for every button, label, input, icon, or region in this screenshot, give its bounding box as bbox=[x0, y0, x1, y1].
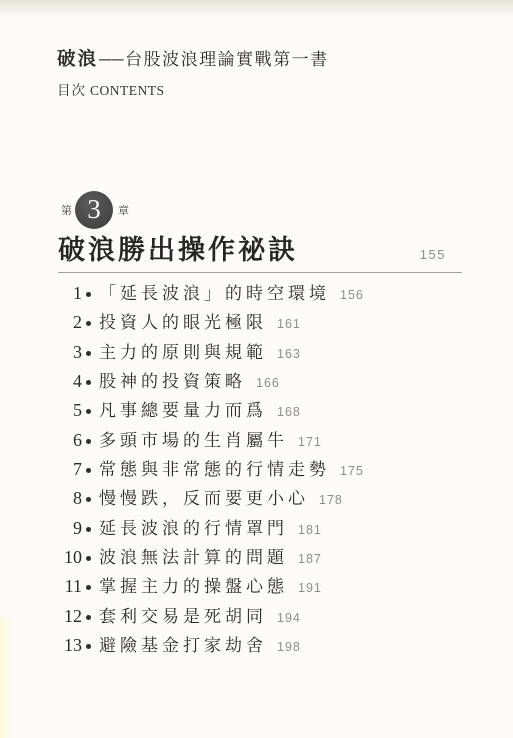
toc-entry: 2投資人的眼光極限161 bbox=[56, 308, 364, 337]
bullet-dot-icon bbox=[86, 468, 91, 473]
entry-page-number: 156 bbox=[340, 288, 364, 302]
entry-number: 3 bbox=[56, 338, 82, 367]
entry-number: 12 bbox=[56, 602, 82, 631]
chapter-title-row: 破浪勝出操作祕訣 155 bbox=[58, 228, 462, 273]
toc-label-cjk: 目次 bbox=[57, 83, 86, 98]
toc-entry: 7常態與非常態的行情走勢175 bbox=[56, 455, 364, 484]
book-subtitle: 台股波浪理論實戰第一書 bbox=[125, 50, 329, 69]
entry-number: 7 bbox=[56, 455, 82, 484]
chapter-page-number: 155 bbox=[420, 247, 462, 262]
entry-page-number: 198 bbox=[277, 640, 301, 654]
entry-title: 避險基金打家劫舍 bbox=[99, 636, 267, 655]
entry-title: 波浪無法計算的問題 bbox=[99, 548, 288, 567]
toc-entry: 5凡事總要量力而爲168 bbox=[56, 396, 364, 425]
entry-page-number: 175 bbox=[340, 464, 364, 478]
chapter-badge: 第 3 章 bbox=[61, 191, 129, 229]
bullet-dot-icon bbox=[86, 556, 91, 561]
entry-number: 1 bbox=[56, 279, 82, 308]
bullet-dot-icon bbox=[86, 292, 91, 297]
bullet-dot-icon bbox=[86, 321, 91, 326]
toc-heading: 目次CONTENTS bbox=[57, 79, 329, 99]
entry-title: 凡事總要量力而爲 bbox=[99, 401, 267, 420]
entry-page-number: 171 bbox=[298, 435, 322, 449]
entry-number: 10 bbox=[56, 543, 82, 572]
bullet-dot-icon bbox=[86, 585, 91, 590]
toc-entry: 1「延長波浪」的時空環境156 bbox=[56, 279, 364, 308]
entry-page-number: 181 bbox=[298, 523, 322, 537]
bullet-dot-icon bbox=[86, 439, 91, 444]
book-series-title: 破浪──台股波浪理論實戰第一書 bbox=[57, 45, 329, 71]
entry-number: 9 bbox=[56, 514, 82, 543]
entry-page-number: 168 bbox=[277, 405, 301, 419]
running-head: 破浪──台股波浪理論實戰第一書 目次CONTENTS bbox=[57, 45, 329, 99]
entry-number: 8 bbox=[56, 484, 82, 513]
entry-number: 11 bbox=[56, 572, 82, 601]
entry-number: 4 bbox=[56, 367, 82, 396]
entry-page-number: 187 bbox=[298, 552, 322, 566]
toc-entry: 8慢慢跌，反而要更小心178 bbox=[56, 484, 364, 513]
bullet-dot-icon bbox=[86, 497, 91, 502]
toc-label-en: CONTENTS bbox=[90, 83, 165, 98]
entry-title: 股神的投資策略 bbox=[99, 372, 246, 391]
toc-entry: 4股神的投資策略166 bbox=[56, 367, 364, 396]
entry-page-number: 166 bbox=[256, 376, 280, 390]
entry-title: 掌握主力的操盤心態 bbox=[99, 577, 288, 596]
entry-page-number: 161 bbox=[277, 317, 301, 331]
entry-number: 5 bbox=[56, 396, 82, 425]
entry-title: 套利交易是死胡同 bbox=[99, 607, 267, 626]
bullet-dot-icon bbox=[86, 351, 91, 356]
bullet-dot-icon bbox=[86, 409, 91, 414]
chapter-marker-prefix: 第 bbox=[61, 202, 72, 218]
title-dash: ── bbox=[99, 50, 124, 69]
entry-title: 慢慢跌，反而要更小心 bbox=[99, 489, 309, 508]
toc-entry: 3主力的原則與規範163 bbox=[56, 338, 364, 367]
scan-top-edge-artifact bbox=[0, 0, 513, 16]
entry-page-number: 178 bbox=[319, 493, 343, 507]
toc-entry: 6多頭市場的生肖屬牛171 bbox=[56, 426, 364, 455]
book-title: 破浪 bbox=[57, 50, 98, 70]
entry-number: 2 bbox=[56, 308, 82, 337]
entry-title: 多頭市場的生肖屬牛 bbox=[99, 431, 288, 450]
entry-number: 6 bbox=[56, 426, 82, 455]
entry-title: 常態與非常態的行情走勢 bbox=[99, 460, 330, 479]
entry-title: 主力的原則與規範 bbox=[99, 343, 267, 362]
entry-page-number: 163 bbox=[277, 347, 301, 361]
toc-entry: 13避險基金打家劫舍198 bbox=[56, 631, 364, 660]
toc-list: 1「延長波浪」的時空環境156 2投資人的眼光極限161 3主力的原則與規範16… bbox=[56, 279, 364, 660]
toc-entry: 11掌握主力的操盤心態191 bbox=[56, 572, 364, 601]
bullet-dot-icon bbox=[86, 644, 91, 649]
bullet-dot-icon bbox=[86, 380, 91, 385]
toc-entry: 12套利交易是死胡同194 bbox=[56, 602, 364, 631]
chapter-number-circle-icon: 3 bbox=[75, 191, 113, 229]
entry-page-number: 194 bbox=[277, 611, 301, 625]
toc-entry: 9延長波浪的行情罩門181 bbox=[56, 514, 364, 543]
entry-number: 13 bbox=[56, 631, 82, 660]
entry-title: 投資人的眼光極限 bbox=[99, 313, 267, 332]
chapter-title: 破浪勝出操作祕訣 bbox=[58, 228, 298, 267]
entry-title: 「延長波浪」的時空環境 bbox=[99, 284, 330, 303]
bullet-dot-icon bbox=[86, 615, 91, 620]
entry-page-number: 191 bbox=[298, 581, 322, 595]
toc-entry: 10波浪無法計算的問題187 bbox=[56, 543, 364, 572]
bullet-dot-icon bbox=[86, 527, 91, 532]
chapter-marker-suffix: 章 bbox=[118, 202, 129, 218]
entry-title: 延長波浪的行情罩門 bbox=[99, 519, 288, 538]
scan-left-edge-artifact bbox=[0, 618, 14, 738]
